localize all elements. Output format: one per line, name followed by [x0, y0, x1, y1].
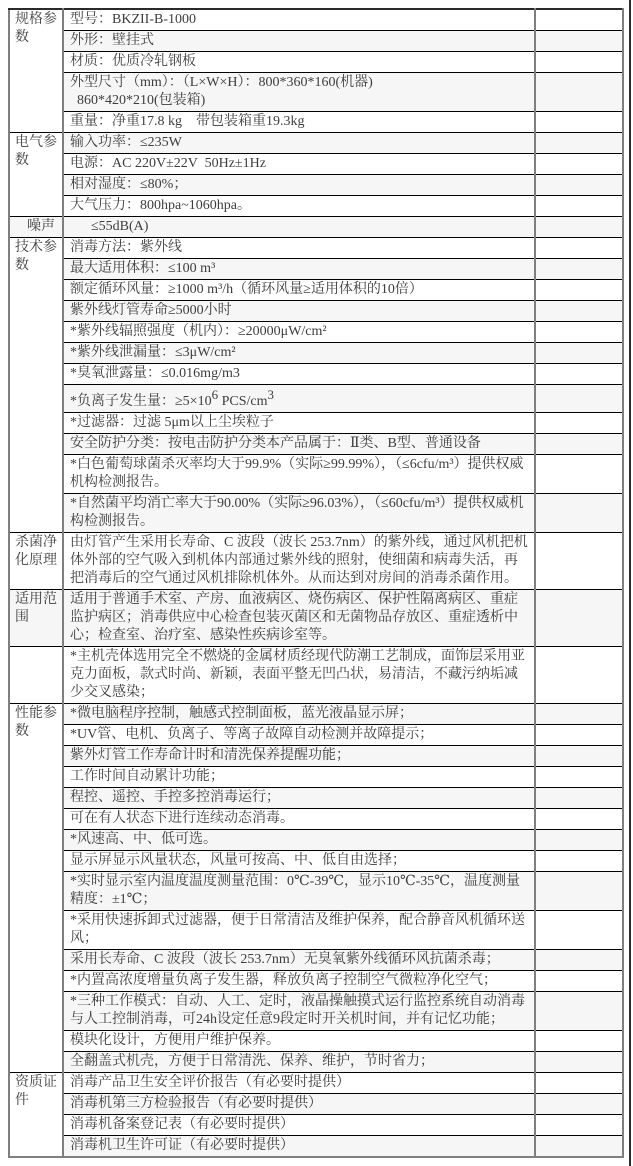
spec-text-cell: *实时显示室内温度温度测量范围：0℃-39℃，显示10℃-35℃，温度测量精度：…: [63, 872, 535, 911]
remark-cell: [535, 73, 623, 112]
spec-text-cell: *UV管、电机、负离子、等离子故障自动检测并故障提示；: [63, 725, 535, 746]
spec-text-cell: 采用长寿命、C 波段（波长 253.7nm）无臭氧紫外线循环风抗菌杀毒；: [63, 950, 535, 971]
spec-text-cell: 重量：净重17.8 kg 带包装箱重19.3kg: [63, 112, 535, 133]
spec-text-cell: 额定循环风量：≥1000 m³/h（循环风量≥适用体积的10倍）: [63, 280, 535, 301]
table-row: 重量：净重17.8 kg 带包装箱重19.3kg: [9, 112, 623, 133]
table-row: 紫外灯管工作寿命计时和清洗保养提醒功能；: [9, 746, 623, 767]
superscript-text: 3: [268, 387, 275, 402]
table-row: 技术参数消毒方法：紫外线: [9, 238, 623, 259]
table-row: 规格参数型号：BKZII-B-1000: [9, 9, 623, 31]
remark-cell: [535, 1031, 623, 1052]
remark-cell: [535, 364, 623, 385]
remark-cell: [535, 809, 623, 830]
section-label: 适用范围: [9, 590, 63, 647]
table-row: *内置高浓度增量负离子发生器，释放负离子控制空气微粒净化空气；: [9, 971, 623, 992]
section-label: [9, 647, 63, 704]
table-row: 电气参数输入功率：≤235W: [9, 133, 623, 154]
table-row: 紫外线灯管寿命≥5000小时: [9, 301, 623, 322]
spec-text-cell: 外型尺寸（mm）：（L×W×H）：800*360*160(机器) 860*420…: [63, 73, 535, 112]
spec-text-cell: *过滤器：过滤 5μm以上尘埃粒子: [63, 413, 535, 434]
spec-text-cell: 外形：壁挂式: [63, 31, 535, 52]
spec-text-cell: 消毒机卫生许可证（有必要时提供）: [63, 1136, 535, 1158]
spec-text-cell: 电源：AC 220V±22V 50Hz±1Hz: [63, 154, 535, 175]
table-row: *负离子发生量：≥5×106 PCS/cm3: [9, 385, 623, 413]
spec-text-cell: 材质：优质冷轧钢板: [63, 52, 535, 73]
remark-cell: [535, 1073, 623, 1094]
spec-text-cell: 程控、遥控、手控多控消毒运行；: [63, 788, 535, 809]
remark-cell: [535, 434, 623, 455]
table-row: *白色葡萄球菌杀灭率均大于99.9%（实际≥99.99%），（≤6cfu/m³）…: [9, 455, 623, 494]
spec-text-cell: *紫外线泄漏量：≤3μW/cm²: [63, 343, 535, 364]
remark-cell: [535, 301, 623, 322]
section-label: 规格参数: [9, 9, 63, 133]
spec-text-cell: *风速高、中、低可选。: [63, 830, 535, 851]
remark-cell: [535, 992, 623, 1031]
table-row: 外型尺寸（mm）：（L×W×H）：800*360*160(机器) 860*420…: [9, 73, 623, 112]
spec-text-cell: 紫外灯管工作寿命计时和清洗保养提醒功能；: [63, 746, 535, 767]
spec-text-cell: ≤55dB(A): [63, 217, 535, 238]
remark-cell: [535, 851, 623, 872]
table-row: 安全防护分类：按电击防护分类本产品属于：Ⅱ类、B型、普通设备: [9, 434, 623, 455]
table-row: *自然菌平均消亡率大于90.00%（实际≥96.03%），（≤60cfu/m³）…: [9, 494, 623, 533]
remark-cell: [535, 322, 623, 343]
table-row: 外形：壁挂式: [9, 31, 623, 52]
spec-text-cell: 工作时间自动累计功能；: [63, 767, 535, 788]
spec-text-cell: *三种工作模式：自动、人工、定时，液晶操触摸式运行监控系统自动消毒与人工控制消毒…: [63, 992, 535, 1031]
remark-cell: [535, 280, 623, 301]
spec-text-cell: *微电脑程序控制，触感式控制面板，蓝光液晶显示屏；: [63, 704, 535, 725]
remark-cell: [535, 533, 623, 590]
remark-cell: [535, 259, 623, 280]
section-label: 杀菌净化原理: [9, 533, 63, 590]
remark-cell: [535, 1115, 623, 1136]
remark-cell: [535, 950, 623, 971]
table-row: 材质：优质冷轧钢板: [9, 52, 623, 73]
remark-cell: [535, 112, 623, 133]
table-row: 额定循环风量：≥1000 m³/h（循环风量≥适用体积的10倍）: [9, 280, 623, 301]
table-row: 程控、遥控、手控多控消毒运行；: [9, 788, 623, 809]
table-row: *三种工作模式：自动、人工、定时，液晶操触摸式运行监控系统自动消毒与人工控制消毒…: [9, 992, 623, 1031]
table-row: *紫外线泄漏量：≤3μW/cm²: [9, 343, 623, 364]
spec-text-cell: 模块化设计，方便用户维护保养。: [63, 1031, 535, 1052]
table-row: 最大适用体积：≤100 m³: [9, 259, 623, 280]
remark-cell: [535, 1052, 623, 1073]
table-row: *采用快速拆卸式过滤器，便于日常清洁及维护保养，配合静音风机循环送风；: [9, 911, 623, 950]
table-row: 相对湿度：≤80%；: [9, 175, 623, 196]
spec-text-cell: *内置高浓度增量负离子发生器，释放负离子控制空气微粒净化空气；: [63, 971, 535, 992]
table-row: 性能参数*微电脑程序控制，触感式控制面板，蓝光液晶显示屏；: [9, 704, 623, 725]
section-label: 资质证件: [9, 1073, 63, 1158]
spec-text-cell: *主机壳体选用完全不燃烧的金属材质经现代防潮工艺制成，面饰层采用亚克力面板，款式…: [63, 647, 535, 704]
table-row: 消毒机第三方检验报告（有必要时提供）: [9, 1094, 623, 1115]
table-row: *臭氧泄露量：≤0.016mg/m3: [9, 364, 623, 385]
table-row: 大气压力：800hpa~1060hpa。: [9, 196, 623, 217]
table-row: 适用范围适用于普通手术室、产房、血液病区、烧伤病区、保护性隔离病区、重症监护病区…: [9, 590, 623, 647]
spec-text-cell: 显示屏显示风量状态，风量可按高、中、低自由选择；: [63, 851, 535, 872]
table-row: 采用长寿命、C 波段（波长 253.7nm）无臭氧紫外线循环风抗菌杀毒；: [9, 950, 623, 971]
remark-cell: [535, 704, 623, 725]
remark-cell: [535, 52, 623, 73]
section-label: 技术参数: [9, 238, 63, 533]
table-row: *紫外线辐照强度（机内）：≥20000μW/cm²: [9, 322, 623, 343]
spec-text-cell: 消毒机备案登记表（有必要时提供）: [63, 1115, 535, 1136]
spec-text-cell: 由灯管产生采用长寿命、C 波段（波长 253.7nm）的紫外线，通过风机把机体外…: [63, 533, 535, 590]
remark-cell: [535, 238, 623, 259]
remark-cell: [535, 31, 623, 52]
spec-text-cell: 最大适用体积：≤100 m³: [63, 259, 535, 280]
remark-cell: [535, 746, 623, 767]
spec-text-cell: *负离子发生量：≥5×106 PCS/cm3: [63, 385, 535, 413]
table-row: 模块化设计，方便用户维护保养。: [9, 1031, 623, 1052]
spec-text-cell: 消毒方法：紫外线: [63, 238, 535, 259]
section-label: 噪声: [9, 217, 63, 238]
remark-cell: [535, 413, 623, 434]
remark-cell: [535, 154, 623, 175]
remark-cell: [535, 872, 623, 911]
remark-cell: [535, 175, 623, 196]
spec-text-cell: 可在有人状态下进行连续动态消毒。: [63, 809, 535, 830]
page-edge-line: [629, 0, 631, 1166]
table-row: 消毒机备案登记表（有必要时提供）: [9, 1115, 623, 1136]
remark-cell: [535, 830, 623, 851]
spec-text-cell: 大气压力：800hpa~1060hpa。: [63, 196, 535, 217]
spec-text-cell: *臭氧泄露量：≤0.016mg/m3: [63, 364, 535, 385]
remark-cell: [535, 343, 623, 364]
table-row: 电源：AC 220V±22V 50Hz±1Hz: [9, 154, 623, 175]
remark-cell: [535, 9, 623, 31]
spec-text-cell: 全翻盖式机壳，方便于日常清洗、保养、维护，节时省力；: [63, 1052, 535, 1073]
remark-cell: [535, 971, 623, 992]
table-row: 可在有人状态下进行连续动态消毒。: [9, 809, 623, 830]
spec-text-cell: 消毒产品卫生安全评价报告（有必要时提供）: [63, 1073, 535, 1094]
spec-text-cell: 型号：BKZII-B-1000: [63, 9, 535, 31]
remark-cell: [535, 767, 623, 788]
spec-text: *负离子发生量：≥5×10: [70, 394, 212, 409]
remark-cell: [535, 196, 623, 217]
spec-text-cell: 相对湿度：≤80%；: [63, 175, 535, 196]
table-row: *实时显示室内温度温度测量范围：0℃-39℃，显示10℃-35℃，温度测量精度：…: [9, 872, 623, 911]
remark-cell: [535, 788, 623, 809]
remark-cell: [535, 725, 623, 746]
spec-text-cell: 适用于普通手术室、产房、血液病区、烧伤病区、保护性隔离病区、重症监护病区；消毒供…: [63, 590, 535, 647]
spec-text-cell: 消毒机第三方检验报告（有必要时提供）: [63, 1094, 535, 1115]
remark-cell: [535, 385, 623, 413]
table-row: 全翻盖式机壳，方便于日常清洗、保养、维护，节时省力；: [9, 1052, 623, 1073]
spec-text-cell: 输入功率：≤235W: [63, 133, 535, 154]
spec-text-cell: *紫外线辐照强度（机内）：≥20000μW/cm²: [63, 322, 535, 343]
table-row: *主机壳体选用完全不燃烧的金属材质经现代防潮工艺制成，面饰层采用亚克力面板，款式…: [9, 647, 623, 704]
table-row: *风速高、中、低可选。: [9, 830, 623, 851]
remark-cell: [535, 133, 623, 154]
remark-cell: [535, 455, 623, 494]
spec-text-cell: *白色葡萄球菌杀灭率均大于99.9%（实际≥99.99%），（≤6cfu/m³）…: [63, 455, 535, 494]
document-page: { "page": { "background": "#ffffff", "st…: [0, 0, 633, 1166]
table-row: 杀菌净化原理由灯管产生采用长寿命、C 波段（波长 253.7nm）的紫外线，通过…: [9, 533, 623, 590]
section-label: 性能参数: [9, 704, 63, 1073]
table-row: 显示屏显示风量状态，风量可按高、中、低自由选择；: [9, 851, 623, 872]
product-spec-table: 规格参数型号：BKZII-B-1000外形：壁挂式材质：优质冷轧钢板外型尺寸（m…: [8, 8, 624, 1158]
table-row: 工作时间自动累计功能；: [9, 767, 623, 788]
remark-cell: [535, 590, 623, 647]
remark-cell: [535, 911, 623, 950]
spec-text-cell: *采用快速拆卸式过滤器，便于日常清洁及维护保养，配合静音风机循环送风；: [63, 911, 535, 950]
remark-cell: [535, 217, 623, 238]
remark-cell: [535, 647, 623, 704]
remark-cell: [535, 494, 623, 533]
table-row: 资质证件消毒产品卫生安全评价报告（有必要时提供）: [9, 1073, 623, 1094]
spec-text-cell: 安全防护分类：按电击防护分类本产品属于：Ⅱ类、B型、普通设备: [63, 434, 535, 455]
table-row: 噪声 ≤55dB(A): [9, 217, 623, 238]
remark-cell: [535, 1094, 623, 1115]
spec-text-cell: 紫外线灯管寿命≥5000小时: [63, 301, 535, 322]
table-row: *UV管、电机、负离子、等离子故障自动检测并故障提示；: [9, 725, 623, 746]
spec-text: PCS/cm: [218, 394, 267, 409]
remark-cell: [535, 1136, 623, 1158]
table-row: 消毒机卫生许可证（有必要时提供）: [9, 1136, 623, 1158]
spec-text-cell: *自然菌平均消亡率大于90.00%（实际≥96.03%），（≤60cfu/m³）…: [63, 494, 535, 533]
table-row: *过滤器：过滤 5μm以上尘埃粒子: [9, 413, 623, 434]
section-label: 电气参数: [9, 133, 63, 217]
